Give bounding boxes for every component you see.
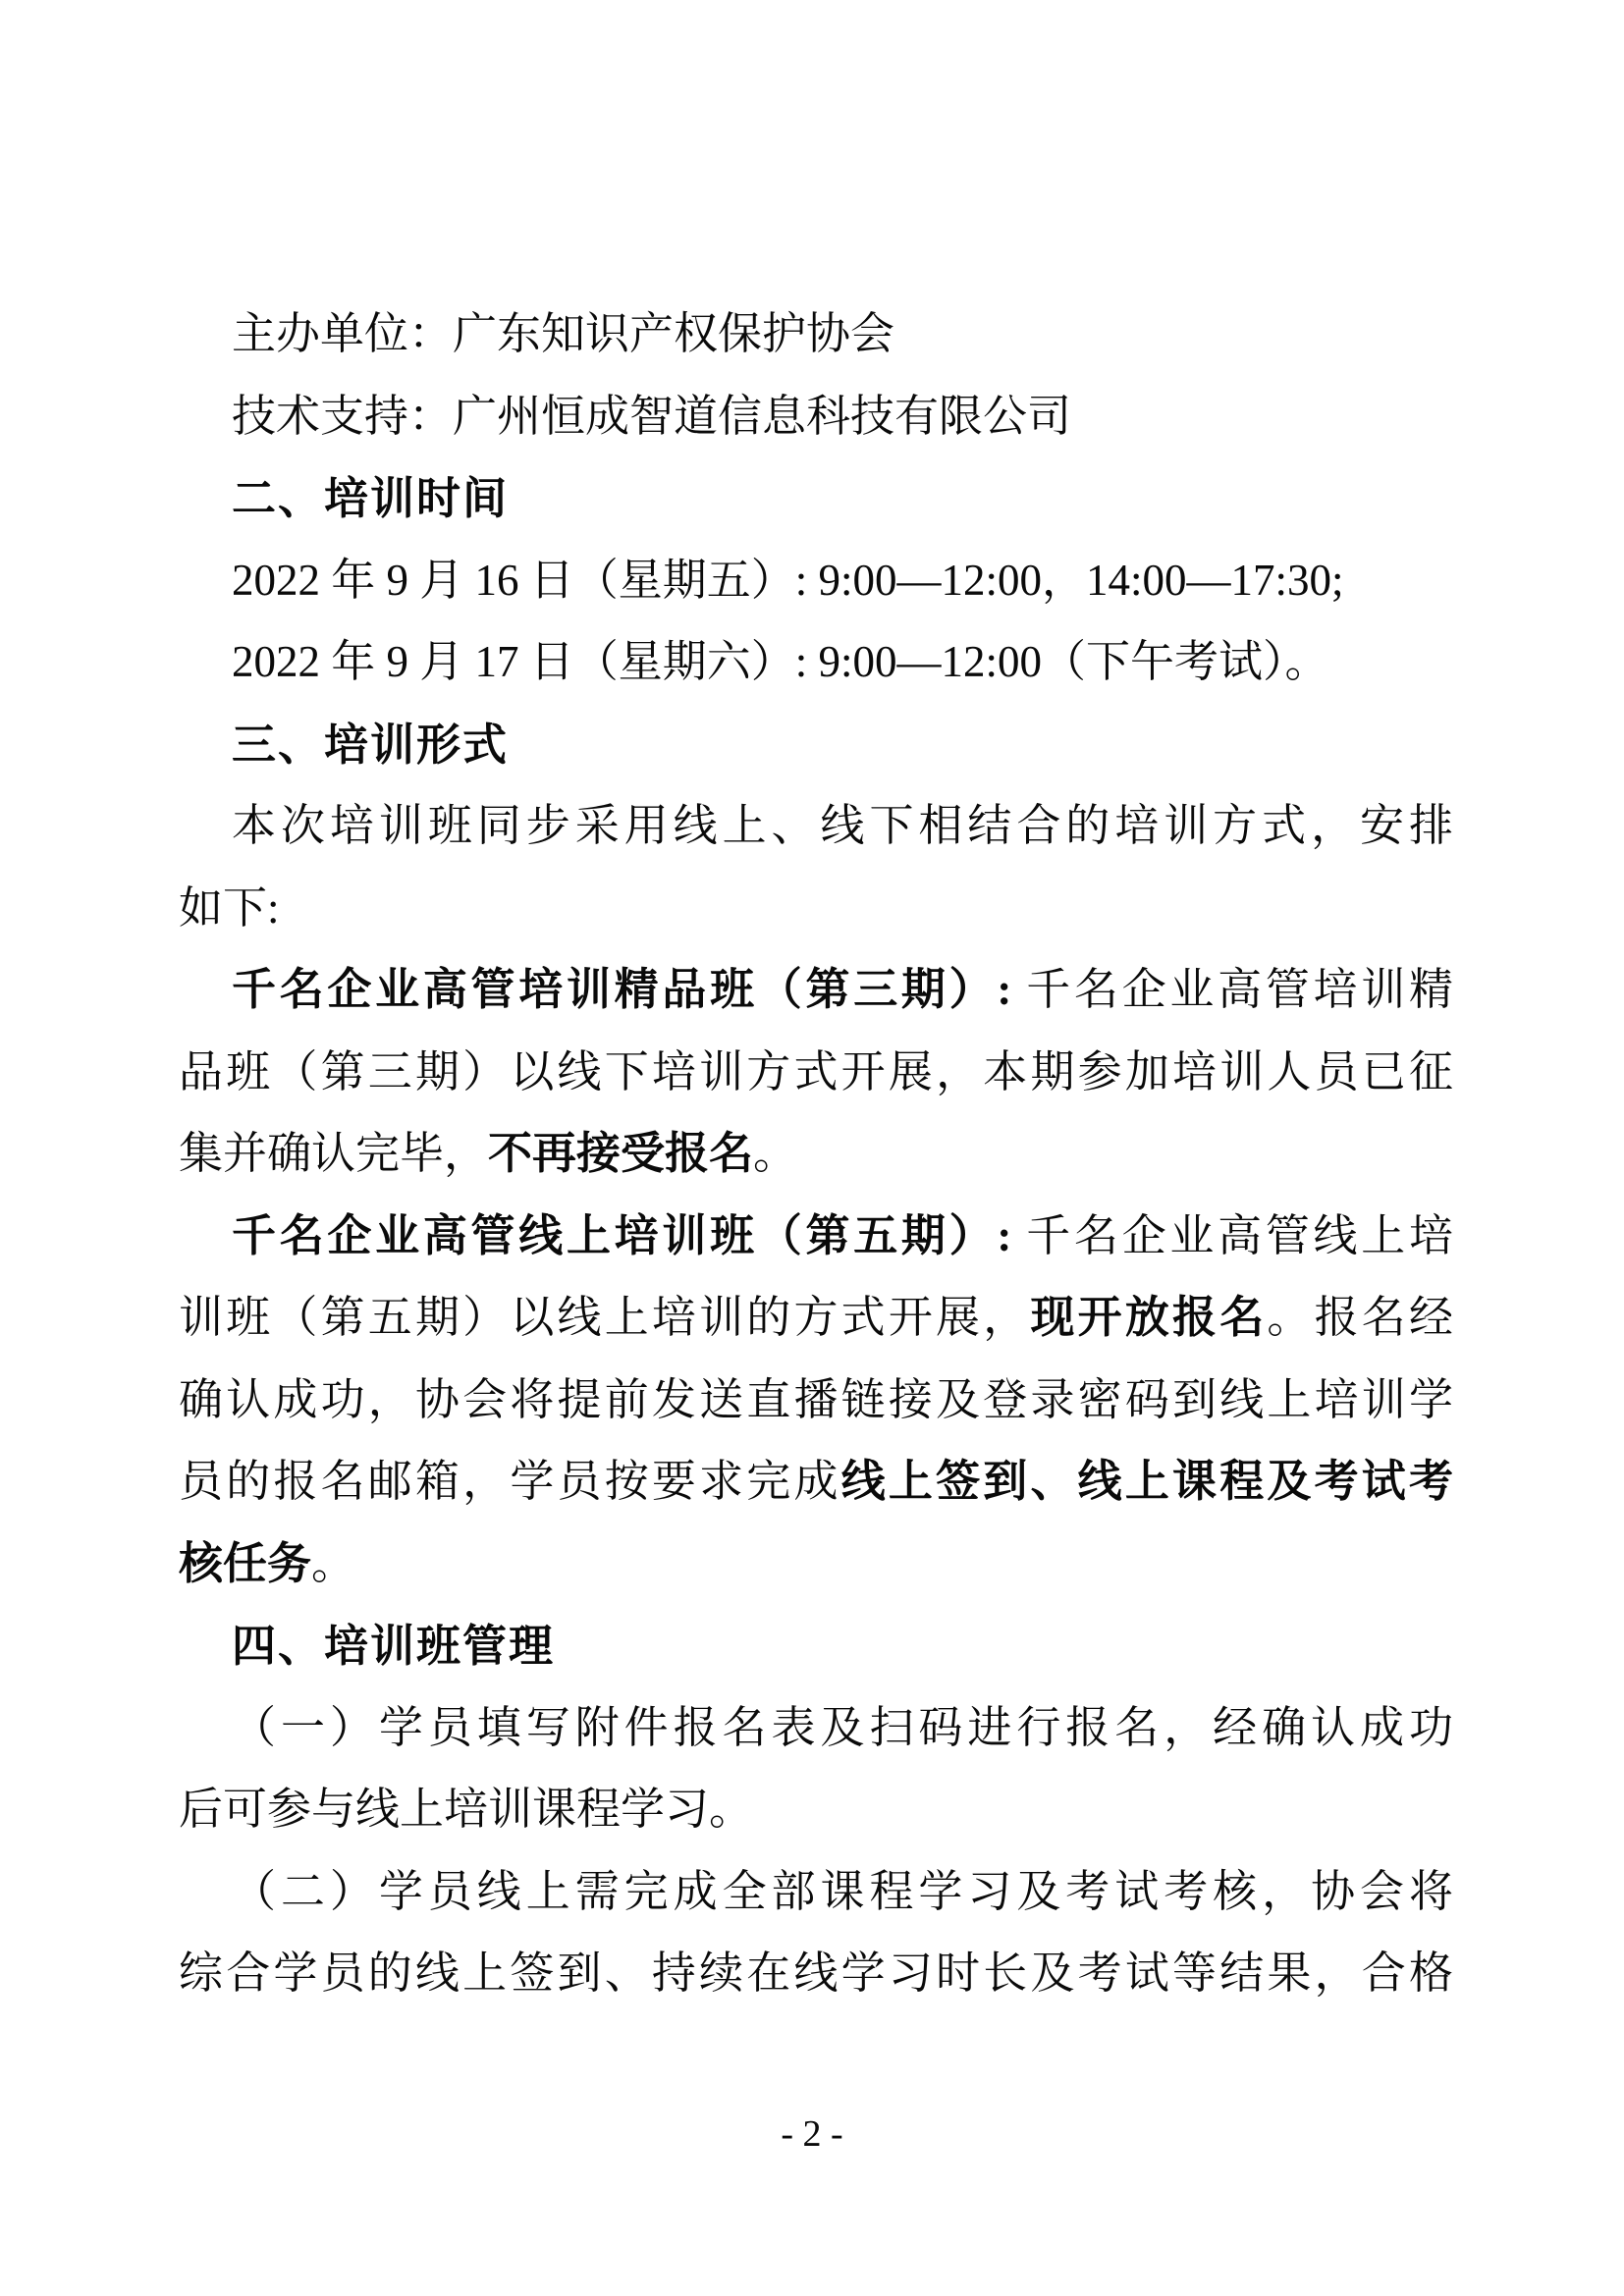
text-line: 千名企业高管线上培训班（第五期）: 千名企业高管线上培 — [179, 1196, 1453, 1278]
section-heading: 二、培训时间 — [179, 457, 1453, 540]
text-line: 2022 年 9 月 16 日（星期五）: 9:00—12:00，14:00—1… — [179, 540, 1453, 622]
text-line: 核任务。 — [179, 1523, 1453, 1606]
text-run: 后可参与线上培训课程学习。 — [179, 1785, 753, 1834]
text-run: （一）学员填写附件报名表及扫码进行报名，经确认成功 — [232, 1703, 1453, 1752]
text-run: 线上签到、线上课程及考试考 — [841, 1457, 1453, 1506]
text-run: 四、培训班管理 — [232, 1620, 555, 1672]
text-run: 本次培训班同步采用线上、线下相结合的培训方式，安排 — [232, 801, 1453, 850]
text-run: 三、培训形式 — [232, 719, 509, 771]
text-line: 主办单位：广东知识产权保护协会 — [179, 294, 1453, 376]
text-run: 现开放报名 — [1030, 1293, 1267, 1342]
page-number: - 2 - — [0, 2110, 1624, 2158]
section-heading: 四、培训班管理 — [179, 1605, 1453, 1687]
text-run: 2022 年 9 月 17 日（星期六）: 9:00—12:00（下午考试）。 — [232, 637, 1329, 686]
text-line: 员的报名邮箱，学员按要求完成线上签到、线上课程及考试考 — [179, 1441, 1453, 1523]
text-run: 集并确认完毕， — [179, 1129, 488, 1178]
text-line: 本次培训班同步采用线上、线下相结合的培训方式，安排 — [179, 785, 1453, 868]
text-run: 2022 年 9 月 16 日（星期五）: 9:00—12:00，14:00—1… — [232, 556, 1344, 605]
text-line: 后可参与线上培训课程学习。 — [179, 1769, 1453, 1851]
text-run: 千名企业高管线上培 — [1011, 1211, 1453, 1260]
text-run: 技术支持：广州恒成智道信息科技有限公司 — [232, 392, 1071, 441]
text-line: 品班（第三期）以线下培训方式开展，本期参加培训人员已征 — [179, 1032, 1453, 1114]
document-page: 主办单位：广东知识产权保护协会技术支持：广州恒成智道信息科技有限公司二、培训时间… — [0, 0, 1624, 2296]
section-heading: 三、培训形式 — [179, 704, 1453, 786]
text-line: 训班（第五期）以线上培训的方式开展，现开放报名。报名经 — [179, 1277, 1453, 1360]
document-body: 主办单位：广东知识产权保护协会技术支持：广州恒成智道信息科技有限公司二、培训时间… — [179, 294, 1453, 2015]
text-run: 品班（第三期）以线下培训方式开展，本期参加培训人员已征 — [179, 1047, 1453, 1096]
text-run: 千名企业高管培训精 — [1011, 965, 1453, 1014]
text-run: 训班（第五期）以线上培训的方式开展， — [179, 1293, 1030, 1342]
text-run: 如下: — [179, 883, 280, 933]
text-run: 确认成功，协会将提前发送直播链接及登录密码到线上培训学 — [179, 1375, 1453, 1424]
text-run: 员的报名邮箱，学员按要求完成 — [179, 1457, 841, 1506]
text-line: 综合学员的线上签到、持续在线学习时长及考试等结果，合格 — [179, 1933, 1453, 2015]
text-line: （二）学员线上需完成全部课程学习及考试考核，协会将 — [179, 1851, 1453, 1934]
text-run: 千名企业高管线上培训班（第五期）: — [232, 1211, 1011, 1260]
text-run: 核任务 — [179, 1539, 311, 1588]
text-line: 技术支持：广州恒成智道信息科技有限公司 — [179, 376, 1453, 458]
text-run: 千名企业高管培训精品班（第三期）: — [232, 965, 1011, 1014]
text-line: 确认成功，协会将提前发送直播链接及登录密码到线上培训学 — [179, 1360, 1453, 1442]
text-run: 不再接受报名 — [488, 1129, 753, 1178]
text-run: 。报名经 — [1267, 1293, 1453, 1342]
text-run: 综合学员的线上签到、持续在线学习时长及考试等结果，合格 — [179, 1949, 1453, 1998]
text-line: 集并确认完毕，不再接受报名。 — [179, 1113, 1453, 1196]
text-run: 。 — [311, 1539, 355, 1588]
text-run: 主办单位：广东知识产权保护协会 — [232, 309, 894, 358]
text-line: 如下: — [179, 868, 1453, 950]
text-line: 千名企业高管培训精品班（第三期）: 千名企业高管培训精 — [179, 949, 1453, 1032]
text-line: 2022 年 9 月 17 日（星期六）: 9:00—12:00（下午考试）。 — [179, 621, 1453, 704]
text-run: 二、培训时间 — [232, 472, 509, 524]
text-run: （二）学员线上需完成全部课程学习及考试考核，协会将 — [232, 1867, 1453, 1916]
text-line: （一）学员填写附件报名表及扫码进行报名，经确认成功 — [179, 1687, 1453, 1770]
text-run: 。 — [753, 1129, 797, 1178]
